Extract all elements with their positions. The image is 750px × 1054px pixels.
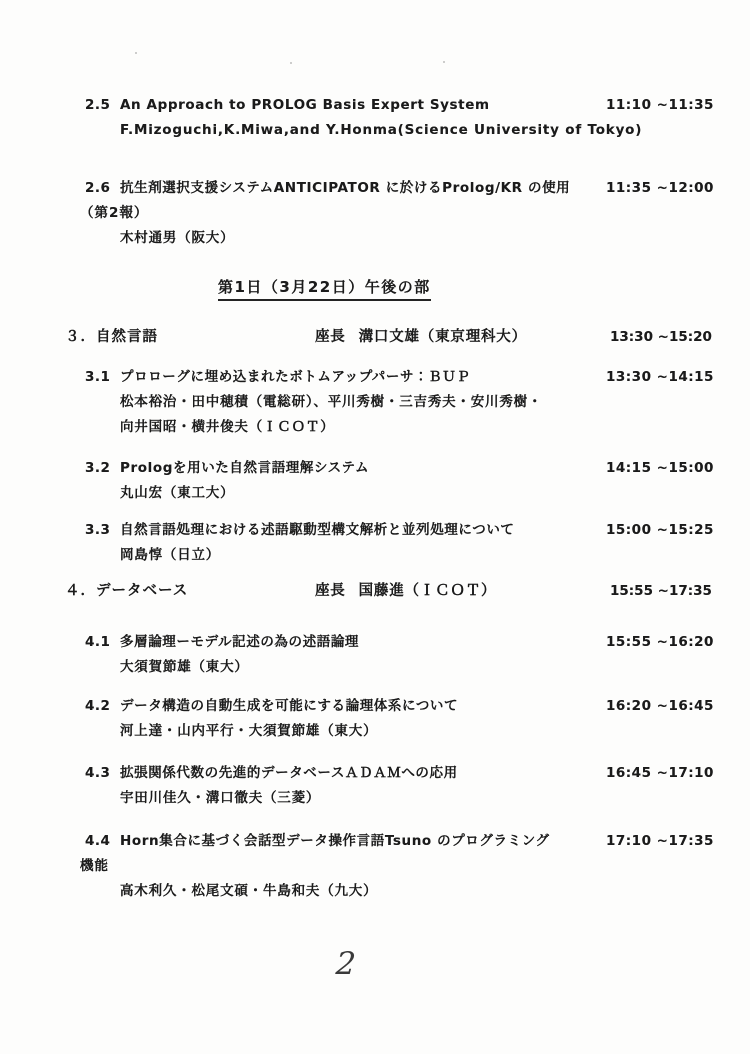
- entry-title: 拡張関係代数の先進的データベースＡＤＡＭへの応用: [120, 761, 606, 786]
- entry-number: 4.1: [85, 630, 120, 655]
- session-chair: 座長 国藤進（ＩＣＯＴ）: [315, 580, 610, 602]
- entry-authors-line: 大須賀節雄（東大）: [120, 655, 735, 680]
- entry-time: 16:20 ~16:45: [606, 694, 714, 719]
- program-entry: 4.4 Horn集合に基づく会話型データ操作言語Tsuno のプログラミング 1…: [85, 829, 735, 904]
- entry-time: 14:15 ~15:00: [606, 456, 714, 481]
- program-entry: 3.3 自然言語処理における述語駆動型構文解析と並列処理について 15:00 ~…: [85, 518, 735, 568]
- entry-authors-line: 木村通男（阪大）: [120, 226, 735, 251]
- page-number: 2: [335, 946, 357, 982]
- entry-title: データ構造の自動生成を可能にする論理体系について: [120, 694, 606, 719]
- entry-title-continuation: 機能: [80, 854, 735, 879]
- entry-title: Prologを用いた自然言語理解システム: [120, 456, 606, 481]
- session-title: ３．自然言語: [65, 326, 315, 348]
- program-entry: 4.1 多層論理ーモデル記述の為の述語論理 15:55 ~16:20 大須賀節雄…: [85, 630, 735, 680]
- session-title: ４．データベース: [65, 580, 315, 602]
- entry-number: 3.2: [85, 456, 120, 481]
- program-entry: 2.6 抗生剤選択支援システムANTICIPATOR に於けるProlog/KR…: [85, 176, 735, 251]
- entry-time: 13:30 ~14:15: [606, 365, 714, 390]
- entry-number: 2.5: [85, 93, 120, 118]
- entry-authors-line: 向井国昭・横井俊夫（ＩＣＯＴ）: [120, 415, 735, 440]
- entry-authors-line: F.Mizoguchi,K.Miwa,and Y.Honma(Science U…: [120, 118, 735, 143]
- entry-title: 自然言語処理における述語駆動型構文解析と並列処理について: [120, 518, 606, 543]
- day-heading: 第1日（3月22日）午後の部: [218, 276, 431, 301]
- entry-authors-line: 宇田川佳久・溝口徹夫（三菱）: [120, 786, 735, 811]
- entry-number: 4.2: [85, 694, 120, 719]
- scanned-program-page: 2.5 An Approach to PROLOG Basis Expert S…: [0, 0, 750, 1054]
- session-time: 15:55 ~17:35: [610, 580, 712, 602]
- entry-title: プロローグに埋め込まれたボトムアップパーサ：ＢＵＰ: [120, 365, 606, 390]
- session-header: ３．自然言語 座長 溝口文雄（東京理科大） 13:30 ~15:20: [65, 326, 735, 348]
- scan-speck: [290, 62, 292, 64]
- entry-title: 抗生剤選択支援システムANTICIPATOR に於けるProlog/KR の使用: [120, 176, 606, 201]
- chair-name: 溝口文雄（東京理科大）: [359, 326, 527, 348]
- entry-title: An Approach to PROLOG Basis Expert Syste…: [120, 93, 606, 118]
- entry-time: 17:10 ~17:35: [606, 829, 714, 854]
- entry-title: 多層論理ーモデル記述の為の述語論理: [120, 630, 606, 655]
- chair-label: 座長: [315, 580, 346, 602]
- entry-authors-line: 岡島惇（日立）: [120, 543, 735, 568]
- chair-label: 座長: [315, 326, 346, 348]
- entry-title: Horn集合に基づく会話型データ操作言語Tsuno のプログラミング: [120, 829, 606, 854]
- entry-title-continuation: （第2報）: [80, 201, 735, 226]
- entry-time: 15:55 ~16:20: [606, 630, 714, 655]
- chair-name: 国藤進（ＩＣＯＴ）: [359, 580, 497, 602]
- entry-number: 4.3: [85, 761, 120, 786]
- entry-time: 16:45 ~17:10: [606, 761, 714, 786]
- session-header: ４．データベース 座長 国藤進（ＩＣＯＴ） 15:55 ~17:35: [65, 580, 735, 602]
- program-entry: 4.3 拡張関係代数の先進的データベースＡＤＡＭへの応用 16:45 ~17:1…: [85, 761, 735, 811]
- program-entry: 3.1 プロローグに埋め込まれたボトムアップパーサ：ＢＵＰ 13:30 ~14:…: [85, 365, 735, 440]
- program-entry: 3.2 Prologを用いた自然言語理解システム 14:15 ~15:00 丸山…: [85, 456, 735, 506]
- program-entry: 2.5 An Approach to PROLOG Basis Expert S…: [85, 93, 735, 143]
- entry-number: 2.6: [85, 176, 120, 201]
- entry-authors-line: 丸山宏（東工大）: [120, 481, 735, 506]
- entry-time: 15:00 ~15:25: [606, 518, 714, 543]
- entry-authors-line: 高木利久・松尾文碩・牛島和夫（九大）: [120, 879, 735, 904]
- entry-authors-line: 松本裕治・田中穂積（電総研）、平川秀樹・三吉秀夫・安川秀樹・: [120, 390, 735, 415]
- session-time: 13:30 ~15:20: [610, 326, 712, 348]
- scan-speck: [135, 52, 137, 54]
- entry-authors-line: 河上達・山内平行・大須賀節雄（東大）: [120, 719, 735, 744]
- entry-number: 3.3: [85, 518, 120, 543]
- program-entry: 4.2 データ構造の自動生成を可能にする論理体系について 16:20 ~16:4…: [85, 694, 735, 744]
- scan-speck: [443, 61, 445, 63]
- entry-number: 3.1: [85, 365, 120, 390]
- entry-time: 11:35 ~12:00: [606, 176, 714, 201]
- entry-time: 11:10 ~11:35: [606, 93, 714, 118]
- session-chair: 座長 溝口文雄（東京理科大）: [315, 326, 610, 348]
- entry-number: 4.4: [85, 829, 120, 854]
